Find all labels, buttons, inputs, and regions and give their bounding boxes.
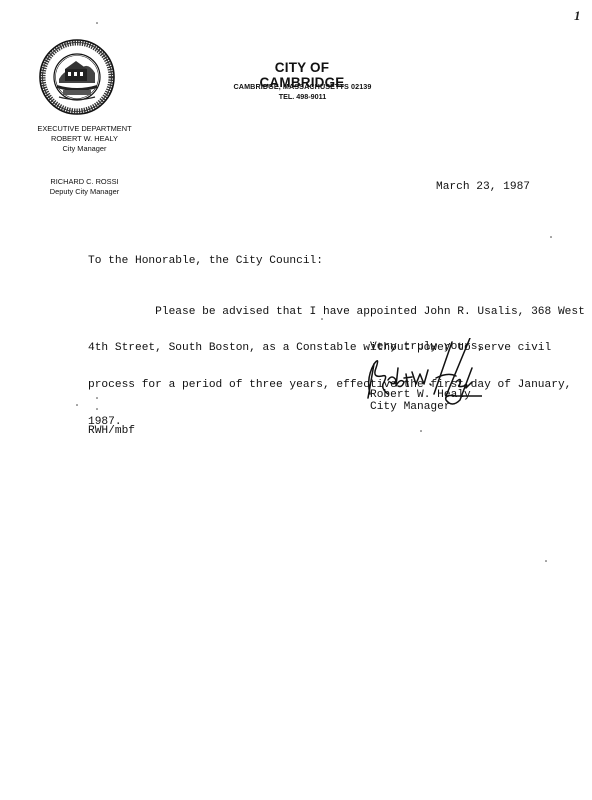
department-block: EXECUTIVE DEPARTMENT ROBERT W. HEALY Cit… [22, 124, 147, 154]
deputy-name: RICHARD C. ROSSI [22, 177, 147, 187]
scan-speck [96, 22, 98, 24]
manager-name: ROBERT W. HEALY [22, 134, 147, 144]
scan-speck [545, 560, 547, 562]
scan-speck [321, 318, 323, 320]
page-number: 1 [574, 8, 581, 24]
body-line: process for a period of three years, eff… [88, 379, 585, 391]
scan-speck [550, 236, 552, 238]
letter-page: 1 CITY OF CAMBRIDGE CAMBRIDGE, MASSACHUS… [0, 0, 592, 800]
scan-speck [76, 404, 78, 406]
body-line: 4th Street, South Boston, as a Constable… [88, 342, 585, 354]
letterhead-address: CAMBRIDGE, MASSACHUSETTS 02139 [210, 82, 395, 91]
body-line: 1987. [88, 416, 585, 428]
signer-title: City Manager [370, 401, 451, 413]
salutation: To the Honorable, the City Council: [88, 255, 323, 267]
scan-speck [420, 430, 422, 432]
letter-date: March 23, 1987 [436, 181, 530, 193]
city-seal-icon [39, 39, 115, 115]
manager-title: City Manager [22, 144, 147, 154]
deputy-title: Deputy City Manager [22, 187, 147, 197]
department-name: EXECUTIVE DEPARTMENT [22, 124, 147, 134]
scan-speck [96, 397, 98, 399]
deputy-block: RICHARD C. ROSSI Deputy City Manager [22, 177, 147, 197]
signer-name: Robert W. Healy [370, 389, 471, 401]
letterhead-phone: TEL. 498-9011 [210, 92, 395, 101]
scan-speck [96, 408, 98, 410]
letter-body: Please be advised that I have appointed … [88, 281, 585, 453]
typist-initials: RWH/mbf [88, 425, 135, 437]
body-line: Please be advised that I have appointed … [88, 306, 585, 318]
